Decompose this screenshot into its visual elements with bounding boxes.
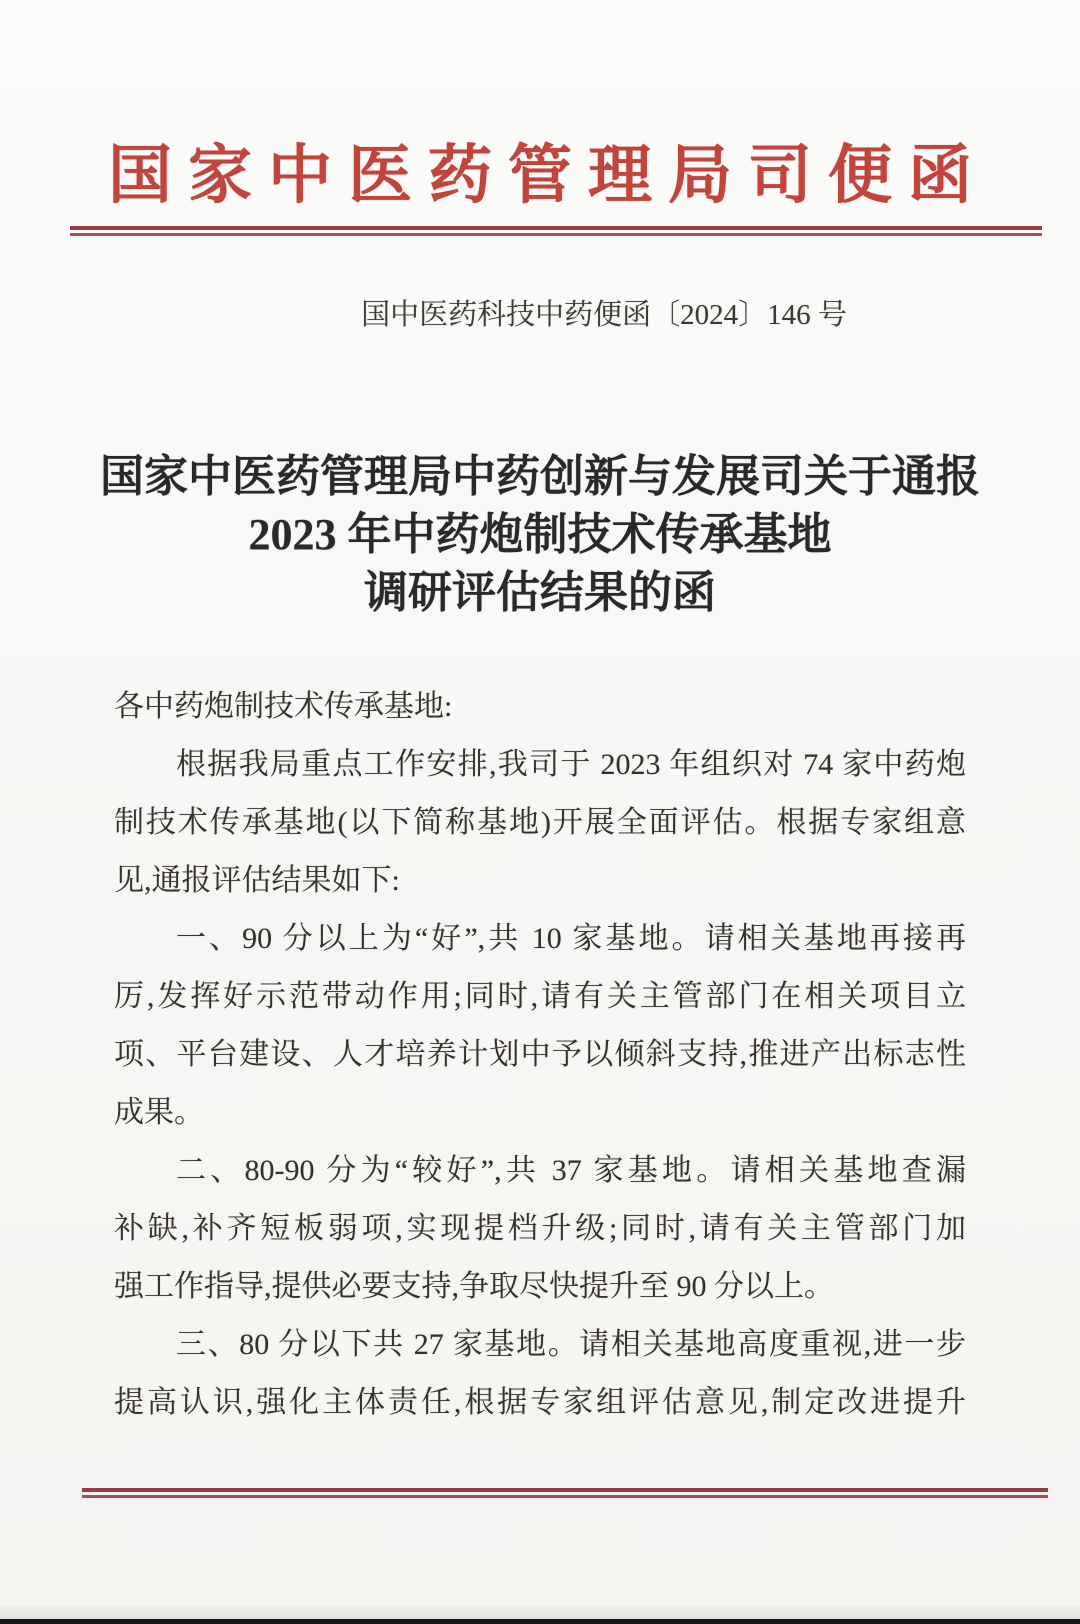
body-line: 各中药炮制技术传承基地: [114, 678, 966, 736]
body-line: 强工作指导,提供必要支持,争取尽快提升至 90 分以上。 [114, 1258, 966, 1316]
document-body: 各中药炮制技术传承基地:根据我局重点工作安排,我司于 2023 年组织对 74 … [114, 678, 966, 1432]
footer-divider-line [82, 1488, 1048, 1498]
document-reference-number: 国中医药科技中药便函〔2024〕146 号 [64, 292, 1080, 333]
divider-bar-bottom [82, 1495, 1048, 1498]
screenshot-bottom-bar [0, 1619, 1080, 1624]
body-line: 提高认识,强化主体责任,根据专家组评估意见,制定改进提升 [114, 1374, 966, 1432]
body-line: 根据我局重点工作安排,我司于 2023 年组织对 74 家中药炮 [114, 736, 966, 794]
body-line: 补缺,补齐短板弱项,实现提档升级;同时,请有关主管部门加 [114, 1200, 966, 1258]
body-line: 厉,发挥好示范带动作用;同时,请有关主管部门在相关项目立 [114, 968, 966, 1026]
body-line: 一、90 分以上为“好”,共 10 家基地。请相关基地再接再 [114, 910, 966, 968]
document-title-line-2: 2023 年中药炮制技术传承基地 [0, 506, 1080, 564]
divider-bar-top [70, 226, 1042, 230]
body-line: 项、平台建设、人才培养计划中予以倾斜支持,推进产出标志性 [114, 1026, 966, 1084]
body-line: 二、80-90 分为“较好”,共 37 家基地。请相关基地查漏 [114, 1142, 966, 1200]
scanned-official-letter-page: 国家中医药管理局司便函 国中医药科技中药便函〔2024〕146 号 国家中医药管… [0, 0, 1080, 1624]
letterhead-divider-line [70, 226, 1042, 236]
document-title: 国家中医药管理局中药创新与发展司关于通报 2023 年中药炮制技术传承基地 调研… [0, 448, 1080, 622]
agency-letterhead-title: 国家中医药管理局司便函 [0, 124, 1080, 216]
divider-bar-bottom [70, 233, 1042, 236]
body-line: 制技术传承基地(以下简称基地)开展全面评估。根据专家组意 [114, 794, 966, 852]
body-line: 成果。 [114, 1084, 966, 1142]
document-title-line-3: 调研评估结果的函 [0, 564, 1080, 622]
body-line: 三、80 分以下共 27 家基地。请相关基地高度重视,进一步 [114, 1316, 966, 1374]
document-title-line-1: 国家中医药管理局中药创新与发展司关于通报 [0, 448, 1080, 506]
body-line: 见,通报评估结果如下: [114, 852, 966, 910]
screenshot-bottom-strip [0, 1606, 1080, 1619]
divider-bar-top [82, 1488, 1048, 1492]
